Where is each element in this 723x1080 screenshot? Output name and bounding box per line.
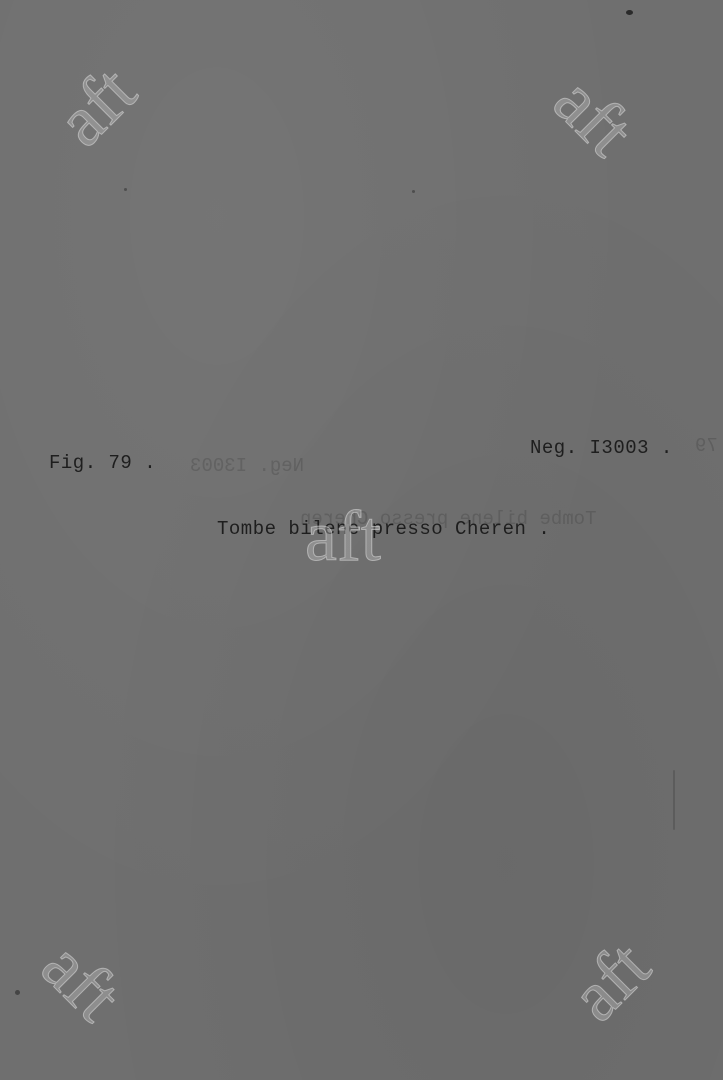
dust-speck (626, 10, 633, 15)
dust-speck (124, 188, 127, 191)
dust-speck (412, 190, 415, 193)
dust-speck (15, 990, 20, 995)
bleed-through-figure: 79 (695, 435, 718, 457)
figure-label: Fig. 79 . (49, 452, 156, 474)
watermark-top-left: aft (44, 54, 149, 159)
watermark-bottom-right: aft (558, 929, 663, 1034)
watermark-bottom-left: aft (30, 929, 135, 1034)
scanned-document: Neg. I3003 Tombe bilene presso Cheren 79… (0, 0, 723, 1080)
watermark-center: aft (305, 500, 381, 572)
negative-label: Neg. I3003 . (530, 437, 673, 459)
dust-speck (673, 770, 675, 830)
watermark-top-right: aft (542, 64, 647, 169)
caption: Tombe bilene presso Cheren . (217, 518, 550, 540)
bleed-through-negative: Neg. I3003 (190, 455, 304, 477)
